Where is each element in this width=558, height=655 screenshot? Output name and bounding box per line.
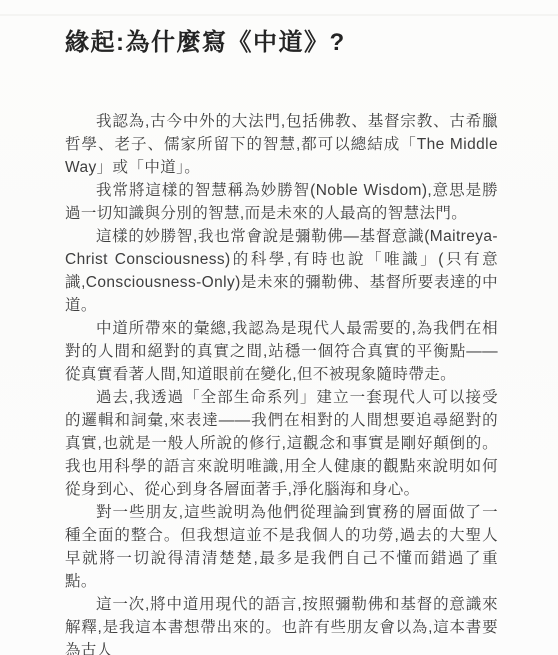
paragraph-6: 對一些朋友,這些說明為他們從理論到實務的層面做了一種全面的整合。但我想這並不是我…	[65, 501, 498, 593]
paragraph-2: 我常將這樣的智慧稱為妙勝智(Noble Wisdom),意思是勝過一切知識與分別…	[65, 179, 498, 225]
book-page: 緣起:為什麼寫《中道》? 我認為,古今中外的大法門,包括佛教、基督宗教、古希臘哲…	[0, 0, 558, 655]
paragraph-5: 過去,我透過「全部生命系列」建立一套現代人可以接受的邏輯和詞彙,來表達——我們在…	[65, 386, 498, 501]
paragraph-7: 這一次,將中道用現代的語言,按照彌勒佛和基督的意識來解釋,是我這本書想帶出來的。…	[65, 593, 498, 655]
scan-artifact	[0, 14, 558, 16]
paragraph-3: 這樣的妙勝智,我也常會說是彌勒佛—基督意識(Maitreya-Christ Co…	[65, 225, 498, 317]
chapter-body: 我認為,古今中外的大法門,包括佛教、基督宗教、古希臘哲學、老子、儒家所留下的智慧…	[65, 110, 498, 655]
chapter-title: 緣起:為什麼寫《中道》?	[65, 27, 498, 59]
paragraph-4: 中道所帶來的彙總,我認為是現代人最需要的,為我們在相對的人間和絕對的真實之間,站…	[65, 317, 498, 386]
paragraph-1: 我認為,古今中外的大法門,包括佛教、基督宗教、古希臘哲學、老子、儒家所留下的智慧…	[65, 110, 498, 179]
